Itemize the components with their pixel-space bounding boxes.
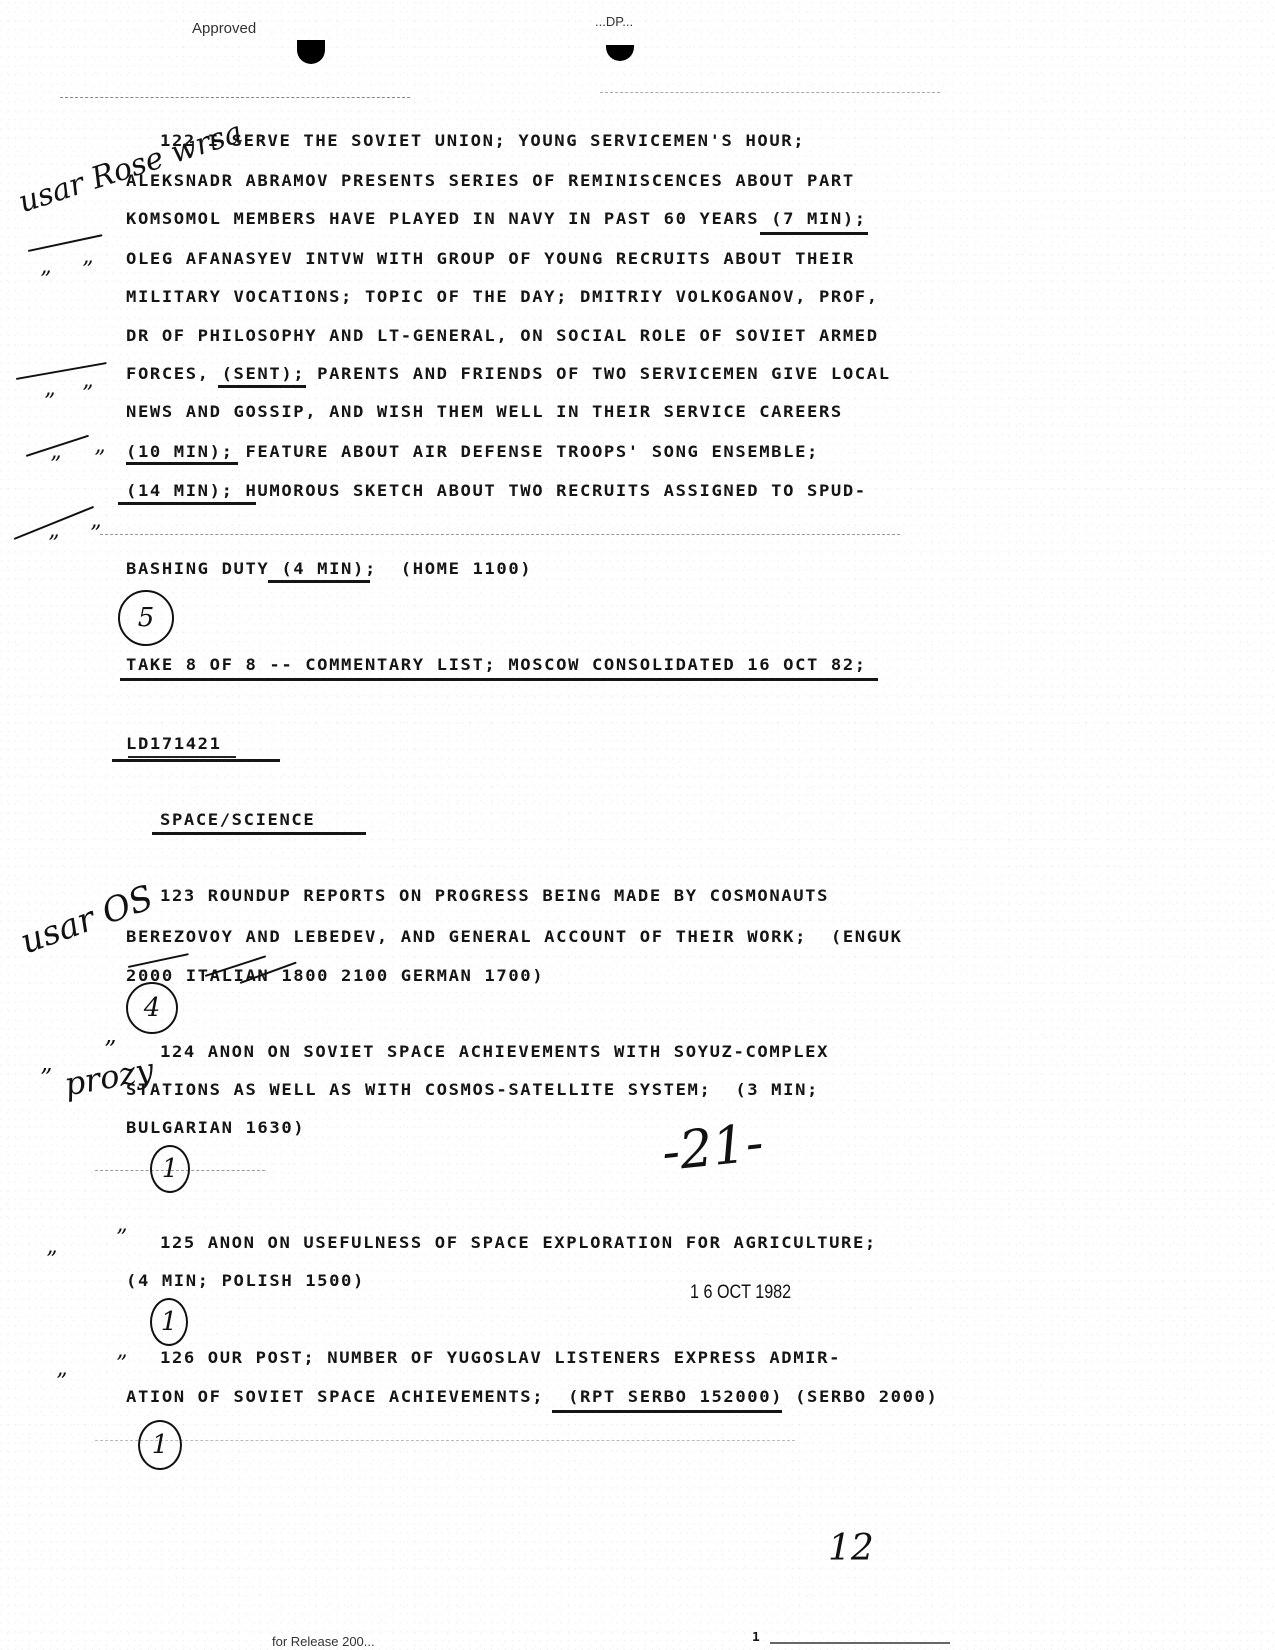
item-124-line-2: STATIONS AS WELL AS WITH COSMOS-SATELLIT… [126,1081,819,1100]
item-122-line-4: OLEG AFANASYEV INTVW WITH GROUP OF YOUNG… [126,250,855,269]
circled-count-124: 1 [150,1145,190,1193]
scan-noise-line [60,97,410,98]
page-marker: -21- [659,1113,766,1183]
underline-14-min [118,502,256,505]
ditto-mark: ” [116,1226,127,1251]
section-heading: SPACE/SCIENCE [160,811,315,830]
item-122-line-3: KOMSOMOL MEMBERS HAVE PLAYED IN NAVY IN … [126,210,867,229]
ditto-mark: ” [46,1248,57,1273]
circled-count-value: 1 [140,1430,180,1460]
circled-count-125: 1 [150,1298,188,1346]
item-122-line-11: BASHING DUTY (4 MIN); (HOME 1100) [126,560,532,579]
handwritten-page-number: 12 [828,1528,874,1569]
reference-code: LD171421 [126,735,222,754]
item-125-line-2: (4 MIN; POLISH 1500) [126,1272,365,1291]
take-underline [120,678,878,681]
ditto-mark: ” [44,390,55,415]
punch-hole-right [606,45,634,61]
margin-note-122: usar Rose wrsa [14,115,247,220]
underline-10-min [126,462,238,465]
underline-rpt-serbo [552,1410,782,1413]
item-124-line-1: 124 ANON ON SOVIET SPACE ACHIEVEMENTS WI… [160,1043,829,1062]
release-header-right: ...DP... [595,14,633,29]
item-124-line-3: BULGARIAN 1630) [126,1119,305,1138]
page-break-dashes [100,534,900,535]
ditto-mark: ” [50,453,61,478]
item-122-line-6: DR OF PHILOSOPHY AND LT-GENERAL, ON SOCI… [126,327,879,346]
ref-underline-short [128,756,236,758]
margin-bracket-stroke [28,234,103,252]
item-123-line-2: BEREZOVOY AND LEBEDEV, AND GENERAL ACCOU… [126,928,903,947]
release-header-left: Approved [192,20,256,37]
circled-count-value: 1 [152,1307,186,1337]
section-underline [152,832,366,835]
circled-count-126: 1 [138,1420,182,1470]
underline-4-min [268,580,370,583]
separator-dashes [95,1440,795,1441]
item-122-line-5: MILITARY VOCATIONS; TOPIC OF THE DAY; DM… [126,288,879,307]
scan-noise-line [600,92,940,93]
ditto-mark: ” [48,532,59,557]
ref-underline [112,759,280,762]
footer-line [770,1642,950,1644]
item-126-line-2: ATION OF SOVIET SPACE ACHIEVEMENTS; (RPT… [126,1388,938,1407]
ditto-mark: ” [90,522,101,547]
margin-bracket-stroke [16,362,107,380]
ditto-mark: ” [82,258,93,283]
ditto-mark: ” [116,1352,127,1377]
underline-sent [218,385,306,388]
item-126-line-1: 126 OUR POST; NUMBER OF YUGOSLAV LISTENE… [160,1349,841,1368]
item-122-line-7: FORCES, (SENT); PARENTS AND FRIENDS OF T… [126,365,891,384]
item-122-line-10: (14 MIN); HUMOROUS SKETCH ABOUT TWO RECR… [126,482,867,501]
footer-number: 1 [752,1630,761,1644]
ditto-mark: ” [82,382,93,407]
item-123-line-3: 2000 ITALIAN 1800 2100 GERMAN 1700) [126,967,544,986]
ditto-mark: ” [56,1370,67,1395]
date-stamp: 1 6 OCT 1982 [690,1282,791,1304]
circled-count-value: 1 [152,1154,188,1184]
item-123-line-1: 123 ROUNDUP REPORTS ON PROGRESS BEING MA… [160,887,829,906]
item-125-line-1: 125 ANON ON USEFULNESS OF SPACE EXPLORAT… [160,1234,877,1253]
release-footer: for Release 200... [272,1634,375,1649]
item-122-line-2: ALEKSNADR ABRAMOV PRESENTS SERIES OF REM… [126,172,855,191]
circled-count-value: 5 [120,603,172,633]
punch-hole-left [297,40,325,64]
ditto-mark: ” [40,1064,52,1092]
item-122-line-9: (10 MIN); FEATURE ABOUT AIR DEFENSE TROO… [126,443,819,462]
item-122-line-1: 122 I SERVE THE SOVIET UNION; YOUNG SERV… [160,132,805,151]
ditto-mark: ” [40,268,51,293]
ditto-mark: ” [94,447,105,472]
circled-count-value: 4 [128,993,176,1023]
take-line: TAKE 8 OF 8 -- COMMENTARY LIST; MOSCOW C… [126,656,867,675]
circled-count-123: 4 [126,982,178,1034]
circled-count-122: 5 [118,590,174,646]
underline-7-min [760,232,868,235]
item-122-line-8: NEWS AND GOSSIP, AND WISH THEM WELL IN T… [126,403,843,422]
margin-note-123: usar OS [15,878,158,963]
